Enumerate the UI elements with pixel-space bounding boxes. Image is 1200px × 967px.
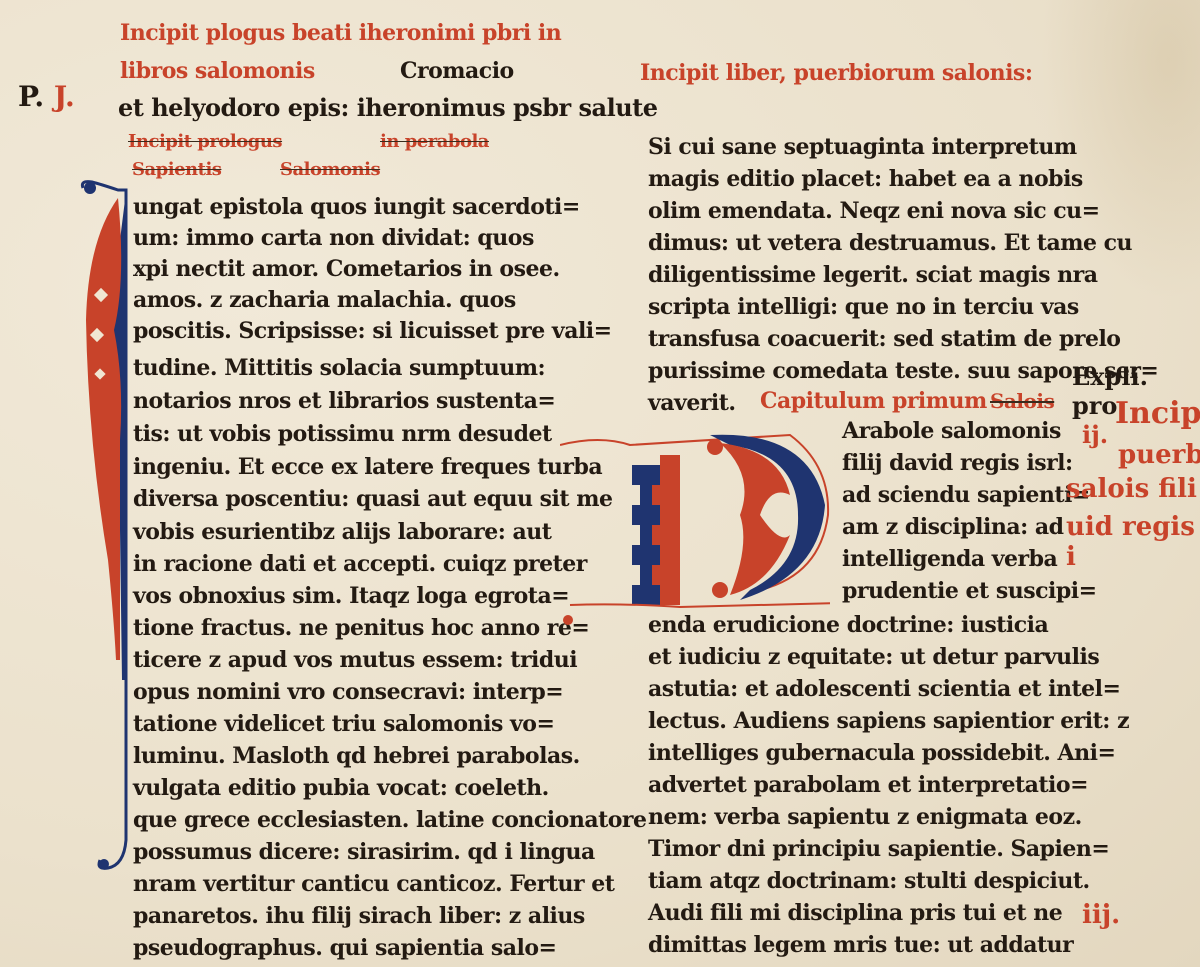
text-line: intelliges gubernacula possidebit. Ani= — [648, 738, 1115, 769]
prologue-heading-black-2: et helyodoro epis: iheronimus psbr salut… — [118, 92, 658, 123]
manuscript-page: P. J. Incipit plogus beati iheronimi pbr… — [0, 0, 1200, 967]
book-heading-red: Incipit liber, puerbiorum salonis: — [640, 58, 1032, 89]
prologue-heading-black-1: Cromacio — [400, 56, 514, 87]
margin-rubric-line: puerb — [1118, 440, 1200, 470]
text-line: Audi fili mi disciplina pris tui et ne — [648, 898, 1062, 929]
text-line: astutia: et adolescenti scientia et inte… — [648, 674, 1120, 705]
text-line: xpi nectit amor. Cometarios in osee. — [133, 254, 560, 285]
text-line: amos. z zacharia malachia. quos — [133, 285, 516, 316]
illuminated-initial-p-icon — [560, 425, 830, 635]
text-line: am z disciplina: ad — [842, 512, 1064, 543]
text-line: possumus dicere: sirasirim. qd i lingua — [133, 837, 595, 868]
text-line: magis editio placet: habet ea a nobis — [648, 164, 1083, 195]
text-line: tatione videlicet triu salomonis vo= — [133, 709, 554, 740]
text-line: prudentie et suscipi= — [842, 576, 1097, 607]
text-line: luminu. Masloth qd hebrei parabolas. — [133, 741, 580, 772]
text-line: enda erudicione doctrine: iusticia — [648, 610, 1048, 641]
text-line: opus nomini vro consecravi: interp= — [133, 677, 563, 708]
text-line: dimittas legem mris tue: ut addatur — [648, 930, 1073, 961]
text-line: scripta intelligi: que no in terciu vas — [648, 292, 1079, 323]
text-line: in racione dati et accepti. cuiqz preter — [133, 549, 587, 580]
chapter-rubric: Capitulum primum — [760, 386, 987, 417]
struck-rubric-2b: Salomonis — [280, 154, 380, 185]
text-line: vulgata editio pubia vocat: coeleth. — [133, 773, 549, 804]
text-line: nem: verba sapientu z enigmata eoz. — [648, 802, 1082, 833]
text-line: ingeniu. Et ecce ex latere freques turba — [133, 452, 602, 483]
text-line: transfusa coacuerit: sed statim de prelo — [648, 324, 1120, 355]
text-line: tione fractus. ne penitus hoc anno re= — [133, 613, 589, 644]
text-line: nram vertitur canticu canticoz. Fertur e… — [133, 869, 614, 900]
prologue-heading-red-1: Incipit plogus beati iheronimi pbri in — [120, 18, 561, 49]
folio-marker: P. J. — [18, 80, 75, 113]
illuminated-initial-i-icon — [78, 180, 128, 870]
text-line: pseudographus. qui sapientia salo= — [133, 933, 556, 964]
text-line: um: immo carta non dividat: quos — [133, 223, 534, 254]
text-line: lectus. Audiens sapiens sapientior erit:… — [648, 706, 1129, 737]
text-line: vobis esurientibz alijs laborare: aut — [133, 517, 551, 548]
text-line: Arabole salomonis — [842, 416, 1061, 447]
folio-number: J. — [54, 80, 75, 113]
text-line: poscitis. Scripsisse: si licuisset pre v… — [133, 316, 612, 347]
text-line: Si cui sane septuaginta interpretum — [648, 132, 1077, 163]
text-line: tis: ut vobis potissimu nrm desudet — [133, 419, 552, 450]
text-line: intelligenda verba — [842, 544, 1057, 575]
folio-letter: P. — [18, 80, 44, 113]
text-line: dimus: ut vetera destruamus. Et tame cu — [648, 228, 1132, 259]
text-line: vaverit. — [648, 388, 736, 419]
text-line: filij david regis isrl: — [842, 448, 1073, 479]
margin-rubric-line: uid regis i — [1066, 512, 1200, 572]
text-line: diversa poscentiu: quasi aut equu sit me — [133, 484, 613, 515]
margin-rubric-line: salois fili — [1066, 474, 1197, 504]
text-line: tiam atqz doctrinam: stulti despiciut. — [648, 866, 1090, 897]
chapter-marker-ii: ij. — [1082, 420, 1108, 449]
struck-rubric-2a: Sapientis — [132, 154, 221, 185]
text-line: vos obnoxius sim. Itaqz loga egrota= — [133, 581, 569, 612]
text-line: que grece ecclesiasten. latine concionat… — [133, 805, 647, 836]
chapter-marker-iii: iij. — [1082, 900, 1120, 930]
text-line: ad sciendu sapienti= — [842, 480, 1090, 511]
prologue-heading-red-2: libros salomonis — [120, 56, 315, 87]
text-line: tudine. Mittitis solacia sumptuum: — [133, 353, 545, 384]
text-line: notarios nros et librarios sustenta= — [133, 386, 555, 417]
text-line: ungat epistola quos iungit sacerdoti= — [133, 192, 580, 223]
text-line: Timor dni principiu sapientie. Sapien= — [648, 834, 1109, 865]
margin-rubric-line: Incipi — [1115, 396, 1200, 431]
text-line: et iudiciu z equitate: ut detur parvulis — [648, 642, 1099, 673]
text-line: advertet parabolam et interpretatio= — [648, 770, 1088, 801]
text-line: olim emendata. Neqz eni nova sic cu= — [648, 196, 1100, 227]
struck-rubric-1a: Incipit prologus — [128, 126, 282, 157]
text-line: diligentissime legerit. sciat magis nra — [648, 260, 1097, 291]
struck-rubric-1b: in perabola — [380, 126, 489, 157]
text-line: ticere z apud vos mutus essem: tridui — [133, 645, 577, 676]
chapter-rubric-struck: Salois — [990, 386, 1054, 417]
text-line: panaretos. ihu filij sirach liber: z ali… — [133, 901, 585, 932]
